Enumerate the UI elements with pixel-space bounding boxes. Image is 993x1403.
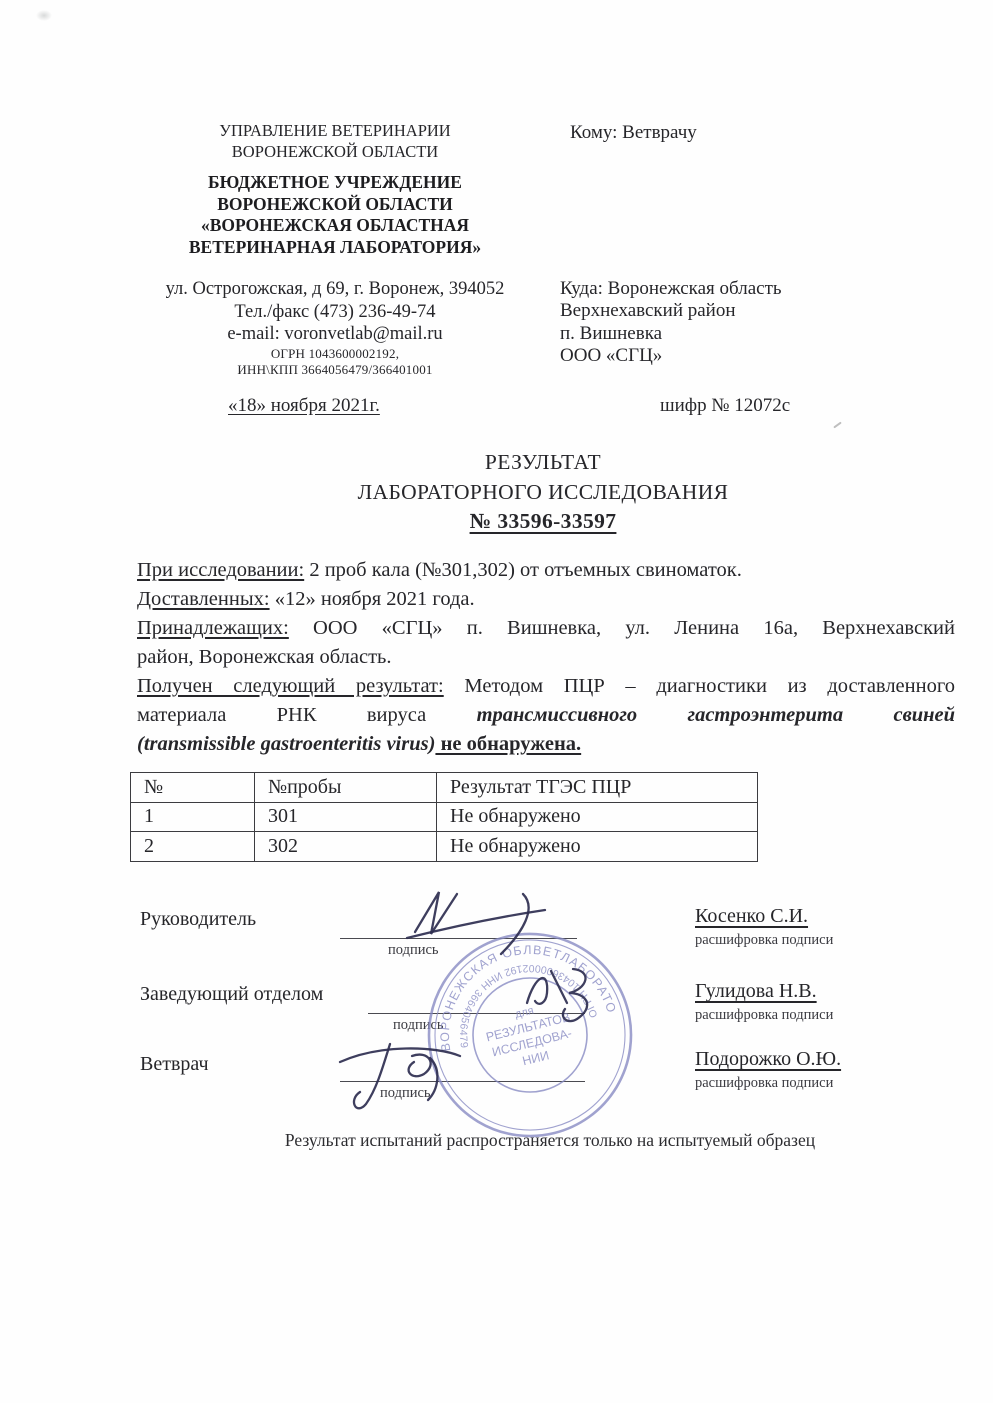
cell-result: Не обнаружено xyxy=(437,802,758,832)
result-label: Получен следующий результат: xyxy=(137,675,444,697)
signature-role: Заведующий отделом xyxy=(140,983,323,1006)
result-conclusion: не обнаружена. xyxy=(435,733,581,755)
institution-line: ВЕТЕРИНАРНАЯ ЛАБОРАТОРИЯ» xyxy=(145,237,525,259)
decode-caption: расшифровка подписи xyxy=(695,1075,833,1092)
belonging-label: Принадлежащих: xyxy=(137,617,289,639)
signature-name: Косенко С.И. xyxy=(695,905,808,928)
recipient-line: Кому: Ветврачу xyxy=(570,122,697,144)
destination-line: Куда: Воронежская область xyxy=(560,278,782,300)
delivered-text: «12» ноября 2021 года. xyxy=(270,588,475,610)
paragraph-research: При исследовании: 2 проб кала (№301,302)… xyxy=(137,556,955,585)
paragraph-belonging: Принадлежащих: ООО «СГЦ» п. Вишневка, ул… xyxy=(137,614,955,672)
result-material-text: материала РНК вируса xyxy=(137,704,426,726)
ogrn-line: ОГРН 1043600002192, xyxy=(145,346,525,362)
scan-tick-artifact xyxy=(833,422,842,429)
department-block: УПРАВЛЕНИЕ ВЕТЕРИНАРИИ ВОРОНЕЖСКОЙ ОБЛАС… xyxy=(145,120,525,162)
cell-result: Не обнаружено xyxy=(437,832,758,862)
header-cell-num: № xyxy=(131,773,255,803)
handwritten-signature-1 xyxy=(395,880,595,960)
address-line: ул. Острогожская, д 69, г. Воронеж, 3940… xyxy=(145,278,525,301)
results-table: № №пробы Результат ТГЭС ПЦР 1 301 Не обн… xyxy=(130,772,758,862)
handwritten-signature-2 xyxy=(515,955,645,1030)
paragraph-result: Получен следующий результат: Методом ПЦР… xyxy=(137,672,955,759)
scan-smudge-artifact xyxy=(36,10,52,21)
institution-line: «ВОРОНЕЖСКАЯ ОБЛАСТНАЯ xyxy=(145,215,525,237)
result-method-text: Методом ПЦР – диагностики из доставленно… xyxy=(444,675,955,697)
email-line: e-mail: voronvetlab@mail.ru xyxy=(145,323,525,346)
department-line: УПРАВЛЕНИЕ ВЕТЕРИНАРИИ xyxy=(145,120,525,141)
cell-sample: 301 xyxy=(255,802,437,832)
handwritten-signature-3 xyxy=(318,1028,488,1113)
department-line: ВОРОНЕЖСКОЙ ОБЛАСТИ xyxy=(145,141,525,162)
destination-block: Куда: Воронежская область Верхнехавский … xyxy=(560,278,782,367)
research-text: 2 проб кала (№301,302) от отъемных свино… xyxy=(304,559,742,581)
belonging-text: ООО «СГЦ» п. Вишневка, ул. Ленина 16а, В… xyxy=(289,617,955,639)
institution-line: БЮДЖЕТНОЕ УЧРЕЖДЕНИЕ xyxy=(145,172,525,194)
signature-role: Руководитель xyxy=(140,908,256,931)
signature-name: Гулидова Н.В. xyxy=(695,980,817,1003)
title-number: № 33596-33597 xyxy=(143,507,943,537)
cell-sample: 302 xyxy=(255,832,437,862)
institution-line: ВОРОНЕЖСКОЙ ОБЛАСТИ xyxy=(145,194,525,216)
title-line: РЕЗУЛЬТАТ xyxy=(143,448,943,478)
inn-line: ИНН\КПП 3664056479/366401001 xyxy=(145,362,525,378)
cipher-number: шифр № 12072с xyxy=(660,395,790,417)
header-cell-sample: №пробы xyxy=(255,773,437,803)
footer-note: Результат испытаний распространяется тол… xyxy=(100,1130,993,1151)
decode-caption: расшифровка подписи xyxy=(695,932,833,949)
result-virus-name-en: (transmissible gastroenteritis virus) xyxy=(137,733,435,755)
document-title: РЕЗУЛЬТАТ ЛАБОРАТОРНОГО ИССЛЕДОВАНИЯ № 3… xyxy=(143,448,943,537)
delivered-label: Доставленных: xyxy=(137,588,270,610)
body-text: При исследовании: 2 проб кала (№301,302)… xyxy=(137,556,955,759)
belonging-text-line2: район, Воронежская область. xyxy=(137,646,392,668)
cell-num: 2 xyxy=(131,832,255,862)
destination-line: Верхнехавский район xyxy=(560,300,782,322)
phone-line: Тел./факс (473) 236-49-74 xyxy=(145,301,525,324)
destination-line: п. Вишневка xyxy=(560,323,782,345)
table-header-row: № №пробы Результат ТГЭС ПЦР xyxy=(131,773,758,803)
address-block: ул. Острогожская, д 69, г. Воронеж, 3940… xyxy=(145,278,525,378)
destination-line: ООО «СГЦ» xyxy=(560,345,782,367)
title-line: ЛАБОРАТОРНОГО ИССЛЕДОВАНИЯ xyxy=(143,478,943,508)
table-row: 2 302 Не обнаружено xyxy=(131,832,758,862)
research-label: При исследовании: xyxy=(137,559,304,581)
signature-name: Подорожко О.Ю. xyxy=(695,1048,841,1071)
cell-num: 1 xyxy=(131,802,255,832)
result-virus-name-ru: трансмиссивного гастроэнтерита свиней xyxy=(477,704,955,726)
decode-caption: расшифровка подписи xyxy=(695,1007,833,1024)
header-cell-result: Результат ТГЭС ПЦР xyxy=(437,773,758,803)
lab-result-document: УПРАВЛЕНИЕ ВЕТЕРИНАРИИ ВОРОНЕЖСКОЙ ОБЛАС… xyxy=(0,0,993,1403)
institution-block: БЮДЖЕТНОЕ УЧРЕЖДЕНИЕ ВОРОНЕЖСКОЙ ОБЛАСТИ… xyxy=(145,172,525,258)
table-row: 1 301 Не обнаружено xyxy=(131,802,758,832)
document-date: «18» ноября 2021г. xyxy=(228,395,380,417)
signature-role: Ветврач xyxy=(140,1053,209,1076)
paragraph-delivered: Доставленных: «12» ноября 2021 года. xyxy=(137,585,955,614)
